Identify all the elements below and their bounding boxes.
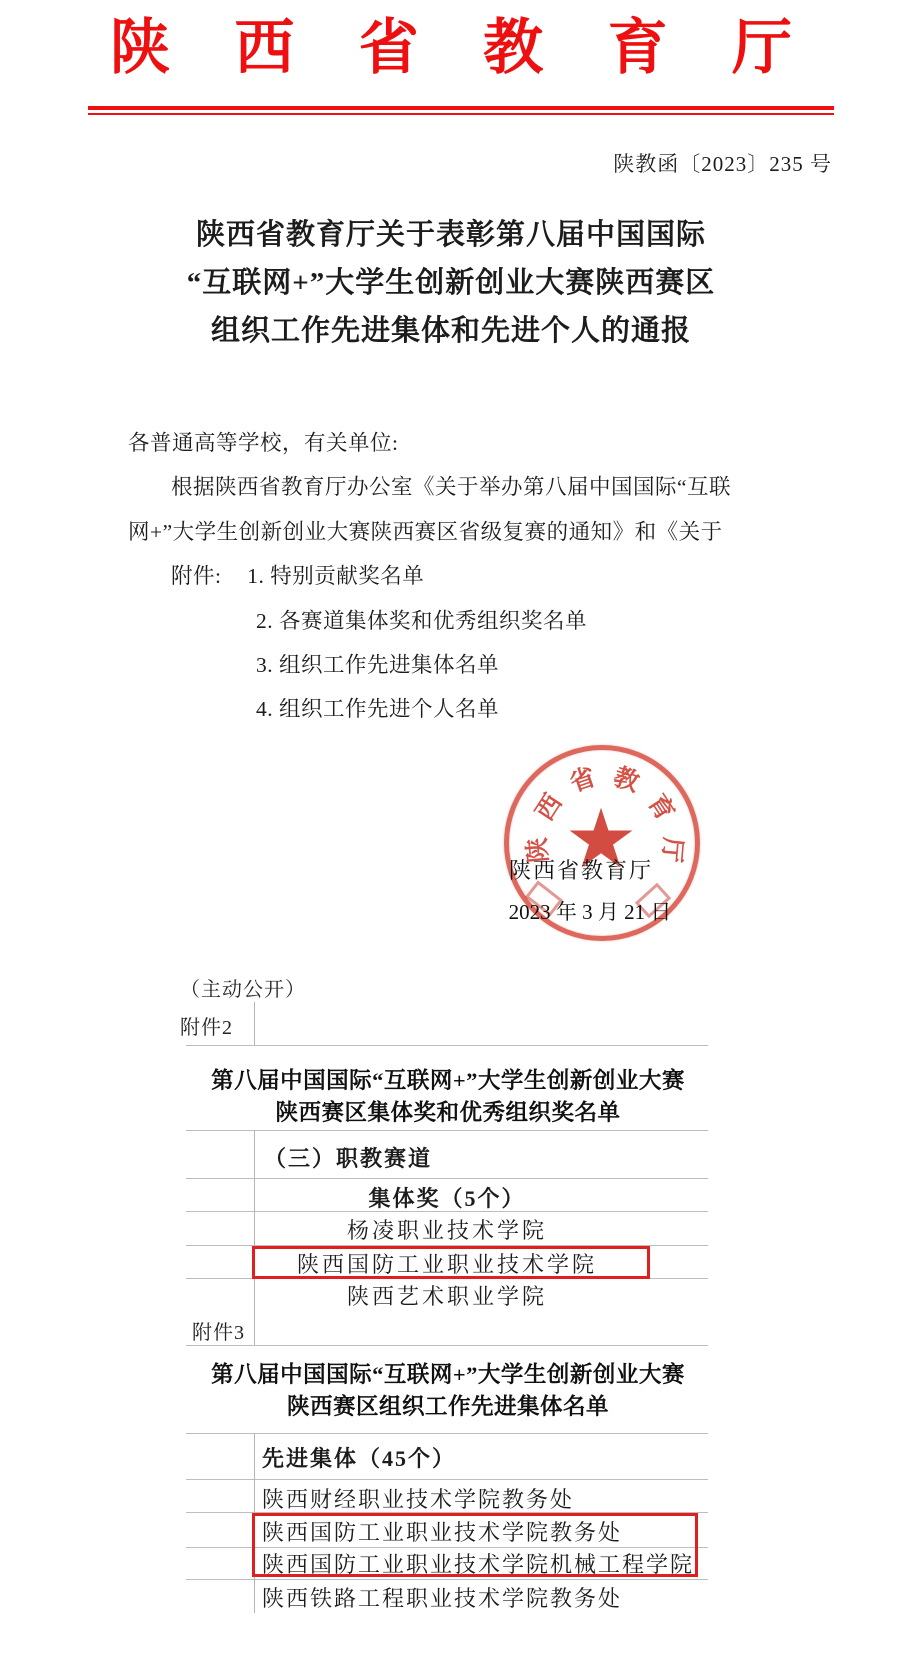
table-border [186, 1345, 708, 1346]
table-border [186, 1579, 708, 1580]
letterhead-rule-thin [88, 113, 834, 115]
paragraph-line2: 网+”大学生创新创业大赛陕西赛区省级复赛的通知》和《关于 [128, 517, 723, 547]
agency-char: 教 [483, 12, 543, 84]
appendix2-title-line1: 第八届中国国际“互联网+”大学生创新创业大赛 [0, 1068, 896, 1094]
agency-char: 西 [234, 12, 294, 84]
document-title-line1: 陕西省教育厅关于表彰第八届中国国际 [0, 215, 902, 255]
table-border [186, 1479, 708, 1480]
agency-char: 育 [608, 12, 668, 84]
agency-letterhead: 陕 西 省 教 育 厅 [110, 12, 792, 84]
award-row: 陕西财经职业技术学院教务处 [262, 1487, 574, 1513]
signature-agency: 陕西省教育厅 [500, 854, 662, 885]
appendix3-label: 附件3 [192, 1316, 245, 1345]
appendix2-title-line2: 陕西赛区集体奖和优秀组织奖名单 [0, 1100, 896, 1126]
agency-char: 厅 [732, 12, 792, 84]
document-title-line2: “互联网+”大学生创新创业大赛陕西赛区 [0, 263, 902, 303]
attachments-label: 附件: [171, 564, 221, 588]
agency-char: 省 [359, 12, 419, 84]
award-row: 杨凌职业技术学院 [186, 1218, 708, 1244]
appendix2-section-heading: （三）职教赛道 [264, 1146, 432, 1172]
agency-char: 陕 [110, 12, 170, 84]
paragraph-line1: 根据陕西省教育厅办公室《关于举办第八届中国国际“互联 [171, 472, 731, 502]
disclosure-note: （主动公开） [180, 973, 306, 1002]
award-row-highlighted: 陕西国防工业职业技术学院机械工程学院 [262, 1552, 694, 1578]
table-border [186, 1433, 708, 1434]
award-row-highlighted: 陕西国防工业职业技术学院教务处 [262, 1520, 622, 1546]
signature-date: 2023 年 3 月 21 日 [470, 896, 710, 926]
document-number: 陕教函〔2023〕235 号 [613, 148, 832, 178]
table-border [186, 1130, 708, 1131]
award-row: 陕西铁路工程职业技术学院教务处 [262, 1586, 622, 1612]
salutation: 各普通高等学校，有关单位: [128, 428, 398, 458]
appendix3-title-line2: 陕西赛区组织工作先进集体名单 [0, 1394, 896, 1420]
attachments-line1: 附件: 1. 特别贡献奖名单 [171, 561, 424, 591]
table-column-divider [254, 1002, 255, 1045]
document-page: 陕 西 省 教 育 厅 陕教函〔2023〕235 号 陕西省教育厅关于表彰第八届… [0, 0, 902, 1655]
letterhead-rule-thick [88, 106, 834, 110]
attachment-item: 3. 组织工作先进集体名单 [256, 650, 499, 680]
table-border [186, 1045, 708, 1046]
award-row: 陕西艺术职业学院 [186, 1284, 708, 1310]
attachment-item: 4. 组织工作先进个人名单 [256, 694, 499, 724]
table-border [186, 1178, 708, 1179]
appendix2-group-heading: 集体奖（5个） [186, 1186, 708, 1212]
appendix3-group-heading: 先进集体（45个） [262, 1446, 456, 1472]
attachment-item: 2. 各赛道集体奖和优秀组织奖名单 [256, 606, 587, 636]
document-title-line3: 组织工作先进集体和先进个人的通报 [0, 311, 902, 351]
attachment-item: 1. 特别贡献奖名单 [247, 564, 424, 588]
appendix3-title-line1: 第八届中国国际“互联网+”大学生创新创业大赛 [0, 1362, 896, 1388]
award-row-highlighted: 陕西国防工业职业技术学院 [186, 1252, 708, 1278]
appendix2-label: 附件2 [180, 1011, 233, 1040]
